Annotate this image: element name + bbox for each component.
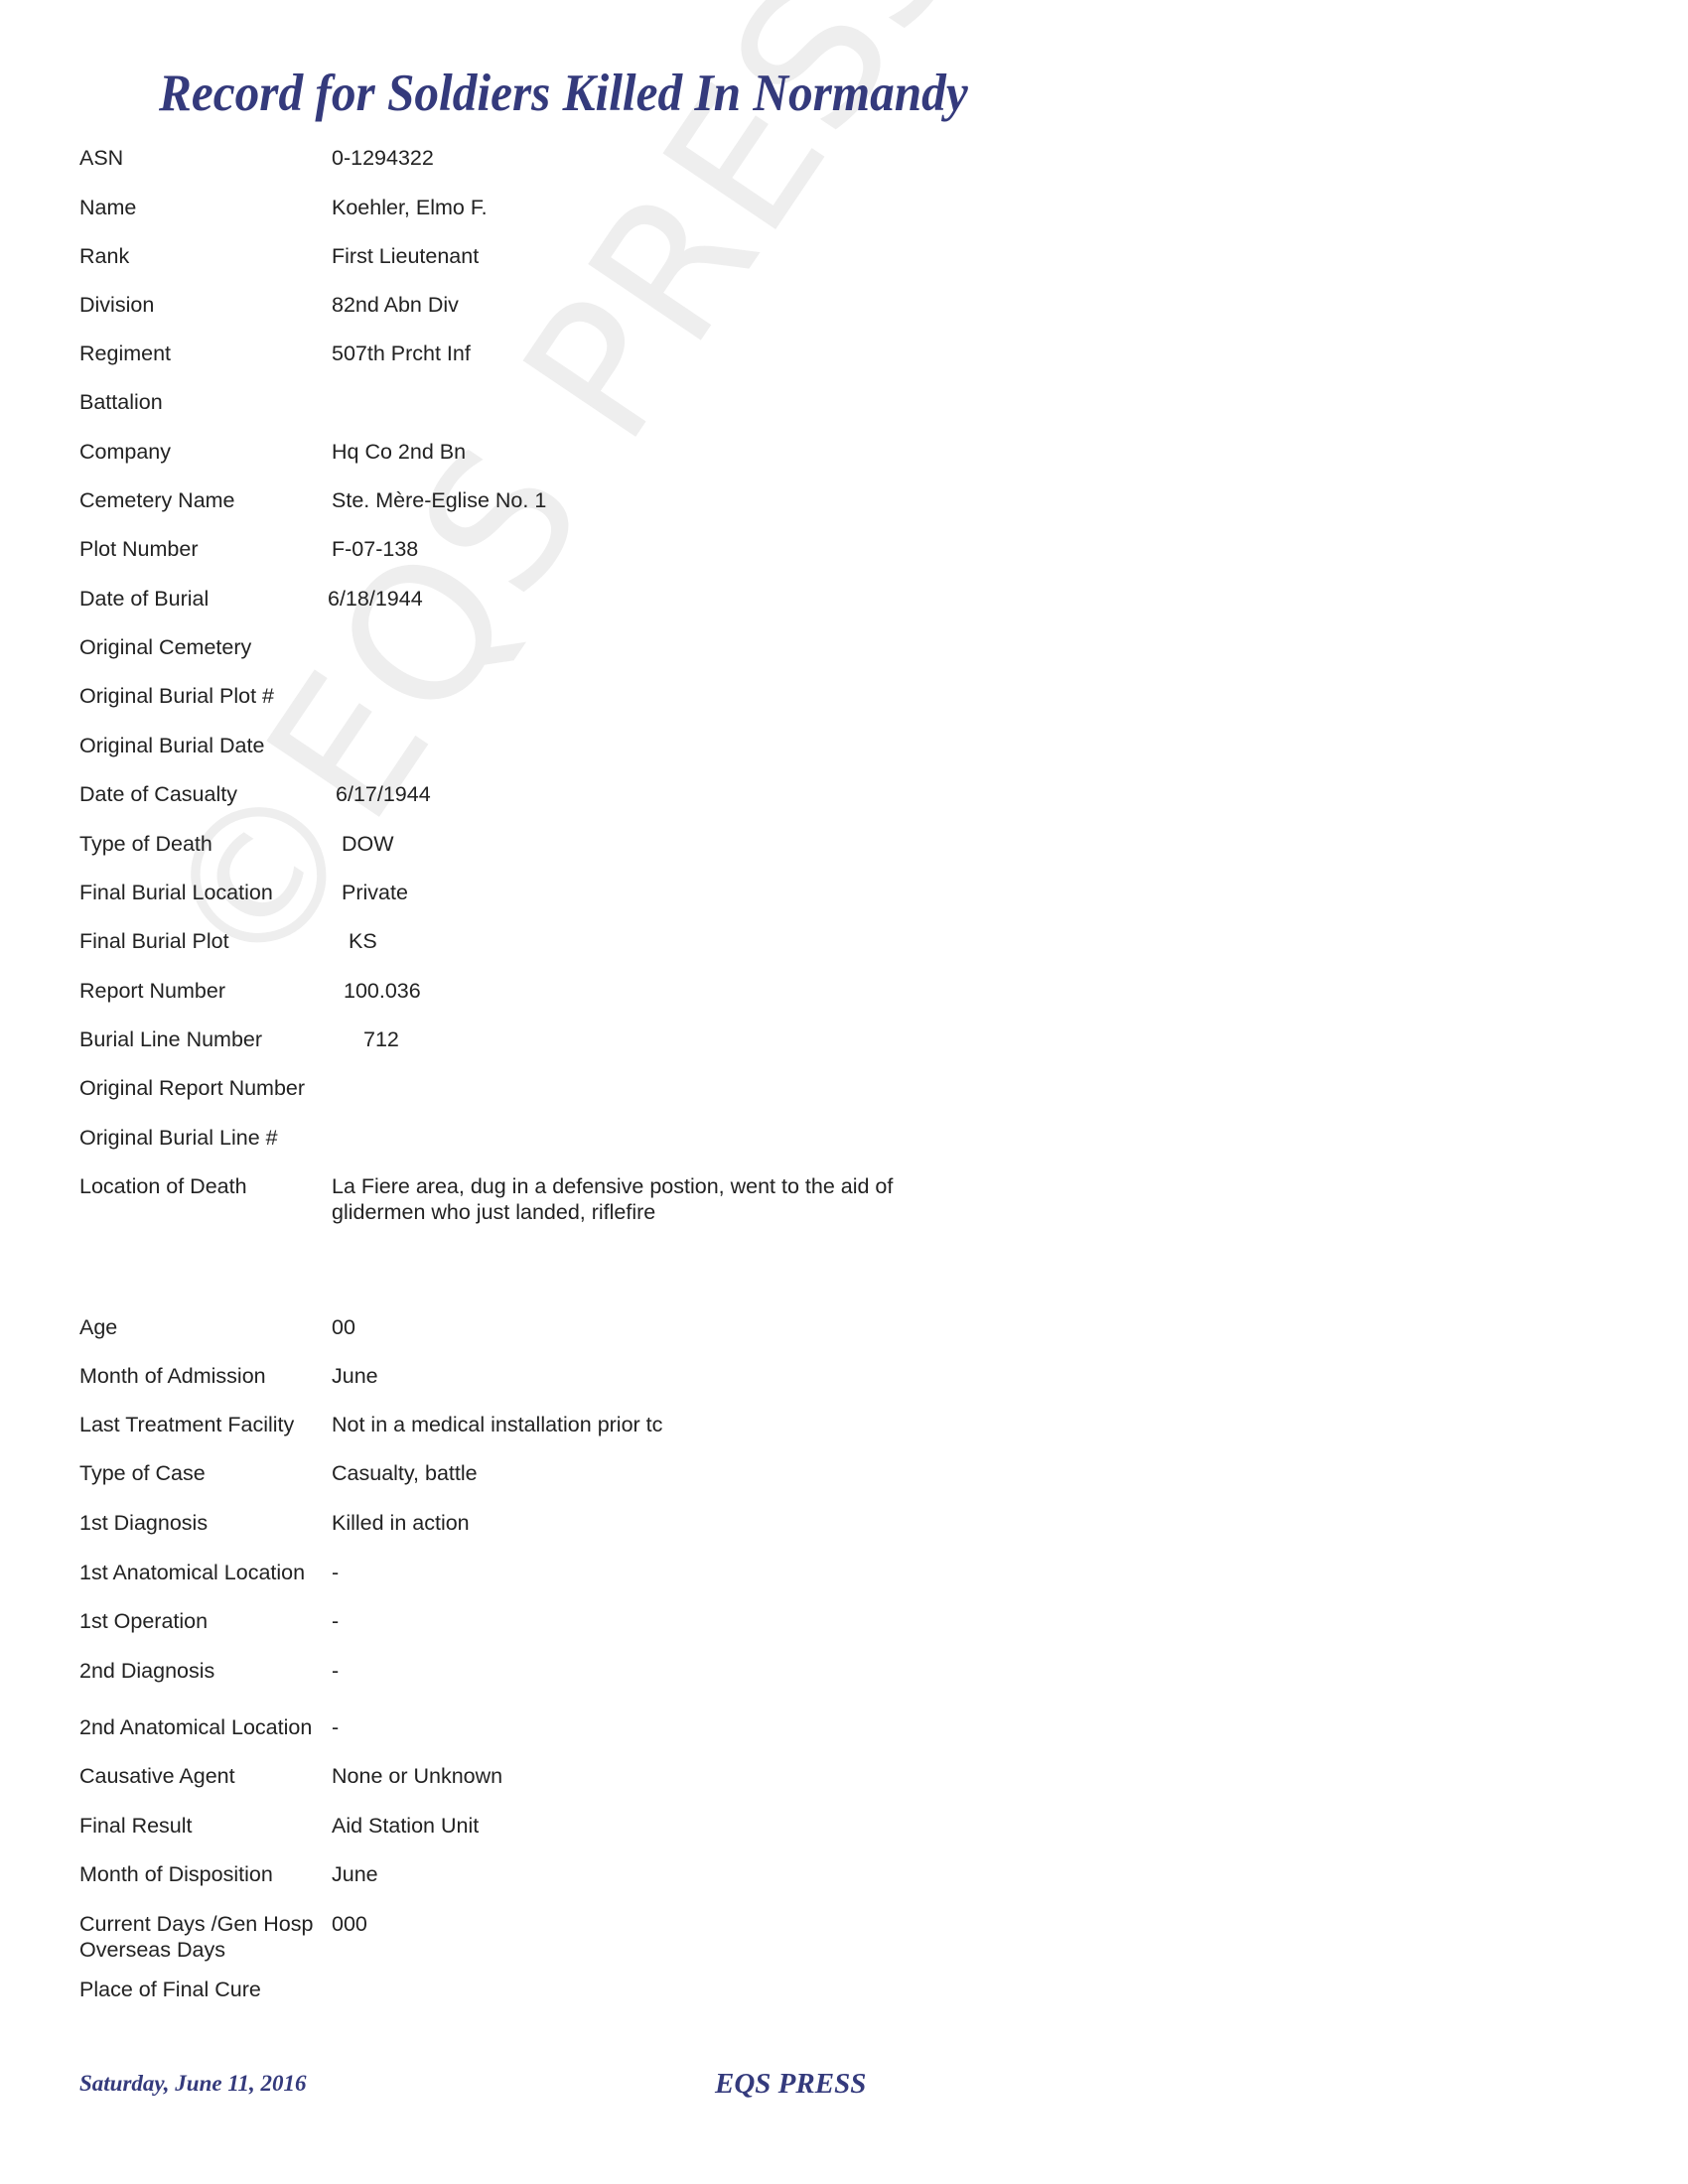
field-label: Original Report Number	[79, 1075, 305, 1101]
field-value: Koehler, Elmo F.	[332, 195, 488, 220]
field-label: Type of Death	[79, 831, 212, 857]
field-label: Final Burial Location	[79, 880, 273, 905]
field-label: Location of Death	[79, 1173, 247, 1199]
field-value: -	[332, 1714, 339, 1740]
field-label: Plot Number	[79, 536, 199, 562]
field-value: 00	[332, 1314, 355, 1340]
field-value: First Lieutenant	[332, 243, 479, 269]
field-label: Company	[79, 439, 171, 465]
field-value: 712	[363, 1026, 399, 1052]
field-label: Final Burial Plot	[79, 928, 229, 954]
field-value: 000	[332, 1911, 367, 1937]
field-value: Killed in action	[332, 1510, 470, 1536]
field-label: Month of Admission	[79, 1363, 266, 1389]
field-value: 82nd Abn Div	[332, 292, 459, 318]
field-value: 507th Prcht Inf	[332, 341, 471, 366]
field-value: 100.036	[344, 978, 421, 1004]
field-label: Name	[79, 195, 136, 220]
field-label: Original Burial Line #	[79, 1125, 278, 1151]
field-label: Type of Case	[79, 1460, 206, 1486]
watermark: ©EQS PRESS 2016	[119, 0, 1318, 1015]
field-value: June	[332, 1363, 378, 1389]
field-label: Battalion	[79, 389, 163, 415]
field-label-line2: Overseas Days	[79, 1937, 225, 1963]
field-value: -	[332, 1608, 339, 1634]
field-value: DOW	[342, 831, 394, 857]
field-label: Original Cemetery	[79, 634, 251, 660]
field-value: 6/17/1944	[336, 781, 431, 807]
field-value-line1: La Fiere area, dug in a defensive postio…	[332, 1173, 893, 1199]
field-value: Private	[342, 880, 408, 905]
field-label: Original Burial Plot #	[79, 683, 274, 709]
field-value: Not in a medical installation prior tc	[332, 1412, 662, 1437]
field-label: Rank	[79, 243, 129, 269]
field-label: Place of Final Cure	[79, 1977, 261, 2002]
field-label: Burial Line Number	[79, 1026, 262, 1052]
footer-publisher: EQS PRESS	[715, 2068, 866, 2101]
field-label: 1st Operation	[79, 1608, 208, 1634]
field-value-line2: glidermen who just landed, riflefire	[332, 1199, 655, 1225]
field-label: Age	[79, 1314, 117, 1340]
field-label: Regiment	[79, 341, 171, 366]
field-value: 6/18/1944	[328, 586, 423, 612]
field-label: Causative Agent	[79, 1763, 235, 1789]
field-label: Date of Burial	[79, 586, 209, 612]
field-value: None or Unknown	[332, 1763, 502, 1789]
field-label: Last Treatment Facility	[79, 1412, 294, 1437]
field-value: June	[332, 1861, 378, 1887]
field-value: Ste. Mère-Eglise No. 1	[332, 487, 546, 513]
field-label: Current Days /Gen Hosp	[79, 1911, 313, 1937]
field-value: -	[332, 1658, 339, 1684]
field-label: Original Burial Date	[79, 733, 264, 758]
record-page: ©EQS PRESS 2016 Record for Soldiers Kill…	[0, 0, 1688, 2184]
field-label: 2nd Anatomical Location	[79, 1714, 312, 1740]
field-label: 1st Anatomical Location	[79, 1560, 305, 1585]
field-label: Report Number	[79, 978, 225, 1004]
field-value: Hq Co 2nd Bn	[332, 439, 466, 465]
field-value: Aid Station Unit	[332, 1813, 479, 1839]
field-label: Month of Disposition	[79, 1861, 273, 1887]
footer-date: Saturday, June 11, 2016	[79, 2071, 307, 2097]
field-value: -	[332, 1560, 339, 1585]
field-label: ASN	[79, 145, 123, 171]
field-label: 1st Diagnosis	[79, 1510, 208, 1536]
field-label: Date of Casualty	[79, 781, 237, 807]
field-label: Cemetery Name	[79, 487, 235, 513]
page-title: Record for Soldiers Killed In Normandy	[159, 64, 968, 123]
field-value: Casualty, battle	[332, 1460, 478, 1486]
field-value: F-07-138	[332, 536, 418, 562]
field-label: 2nd Diagnosis	[79, 1658, 214, 1684]
field-label: Final Result	[79, 1813, 193, 1839]
field-value: 0-1294322	[332, 145, 434, 171]
field-label: Division	[79, 292, 154, 318]
field-value: KS	[349, 928, 377, 954]
